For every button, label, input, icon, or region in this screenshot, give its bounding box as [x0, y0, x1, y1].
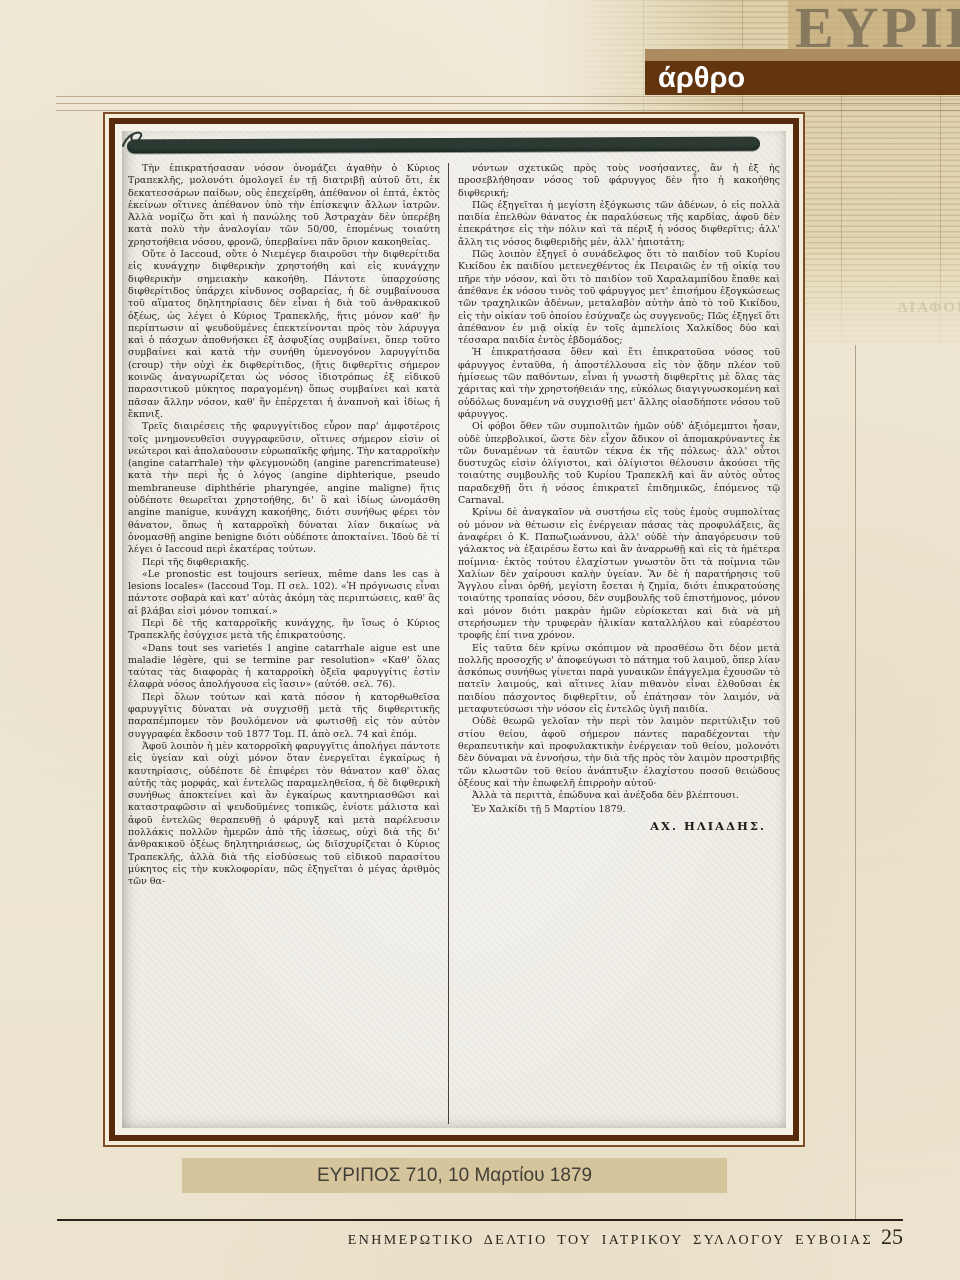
page-footer: ΕΝΗΜΕΡΩΤΙΚΟ ΔΕΛΤΙΟ ΤΟΥ ΙΑΤΡΙΚΟΥ ΣΥΛΛΟΓΟΥ…	[57, 1224, 903, 1250]
scan-paragraph: Ἀφοῦ λοιπὸν ἡ μὲν κατορροϊκὴ φαρυγγῖτις …	[128, 741, 440, 889]
scan-paragraph: Οὔτε ὁ Iaccoud, οὔτε ὁ Νιεμέγερ διαιροῦσ…	[128, 249, 440, 421]
scan-paragraph: Τρεῖς διαιρέσεις τῆς φαρυγγίτιδος εὗρον …	[128, 421, 440, 556]
image-caption-text: ΕΥΡΙΠΟΣ 710, 10 Μαρτίου 1879	[317, 1165, 592, 1187]
background-masthead-block	[788, 0, 960, 49]
scan-column-1: Τὴν ἐπικρατήσασαν νόσον ὀνομάζει ἀγαθὴν …	[128, 163, 448, 1124]
scan-paragraph: Ἡ ἐπικρατήσασα ὅθεν καὶ ἔτι ἐπικρατοῦσα …	[458, 347, 780, 421]
background-column-rule	[855, 345, 856, 1219]
scan-paragraph: Ἀλλὰ τὰ περιττὰ, ἐπώδυνα καὶ ἀνέξοδα δὲν…	[458, 790, 780, 802]
article-scan-frame: Τὴν ἐπικρατήσασαν νόσον ὀνομάζει ἀγαθὴν …	[103, 112, 805, 1147]
scan-paragraph: Οὐδὲ θεωρῶ γελοῖαν τὴν περὶ τὸν λαιμὸν π…	[458, 716, 780, 790]
article-scan: Τὴν ἐπικρατήσασαν νόσον ὀνομάζει ἀγαθὴν …	[122, 131, 786, 1128]
page-number: 25	[881, 1224, 903, 1249]
header-strip	[645, 49, 960, 61]
scan-columns: Τὴν ἐπικρατήσασαν νόσον ὀνομάζει ἀγαθὴν …	[128, 163, 780, 1124]
scan-column-2-text: νόντων σχετικῶς πρὸς τοὺς νοσήσαντες, ἂν…	[458, 163, 780, 802]
scan-column-2: νόντων σχετικῶς πρὸς τοὺς νοσήσαντες, ἂν…	[448, 163, 780, 1124]
scan-paragraph: Πῶς λοιπὸν ἐξηγεῖ ὁ συνάδελφος ὅτι τὸ πα…	[458, 249, 780, 347]
scan-paragraph: Περὶ τῆς διφθεριακῆς.	[128, 557, 440, 569]
footer-title: ΕΝΗΜΕΡΩΤΙΚΟ ΔΕΛΤΙΟ ΤΟΥ ΙΑΤΡΙΚΟΥ ΣΥΛΛΟΓΟΥ…	[348, 1233, 873, 1248]
scan-paragraph: Τὴν ἐπικρατήσασαν νόσον ὀνομάζει ἀγαθὴν …	[128, 163, 440, 249]
scan-paragraph: Εἰς ταῦτα δὲν κρίνω σκόπιμον νὰ προσθέσω…	[458, 643, 780, 717]
scan-paragraph: Κρίνω δὲ ἀναγκαῖον νὰ συστήσω εἰς τοὺς ἐ…	[458, 507, 780, 642]
newsletter-page: ΕΥΡΙΠΟΣ ΔΙΑΦΟΡ άρθρο Τὴν ἐπικρατήσασαν ν…	[0, 0, 960, 1280]
scan-paragraph: νόντων σχετικῶς πρὸς τοὺς νοσήσαντες, ἂν…	[458, 163, 780, 200]
scan-paragraph: Περὶ ὅλων τούτων καὶ κατὰ πόσον ἡ κατορθ…	[128, 692, 440, 741]
background-rule	[56, 110, 960, 111]
scan-paragraph: «Le pronostic est toujours serieux, même…	[128, 569, 440, 618]
section-header-label: άρθρο	[645, 64, 745, 93]
background-rule	[56, 103, 960, 104]
footer-rule	[57, 1219, 903, 1221]
background-rule	[56, 96, 960, 97]
ink-smudge	[127, 137, 760, 154]
background-text-fragment: ΔΙΑΦΟΡ	[898, 300, 960, 317]
scan-paragraph: Πῶς ἐξηγεῖται ἡ μεγίστη ἐξόγκωσις τῶν ἀδ…	[458, 200, 780, 249]
scan-paragraph: Οἱ φόβοι ὅθεν τῶν συμπολιτῶν ἡμῶν οὐδ' ἀ…	[458, 421, 780, 507]
scan-paragraph: Περὶ δὲ τῆς καταρροϊκῆς κυνάγχης, ἣν ἴσω…	[128, 618, 440, 643]
section-header-bar: άρθρο	[645, 61, 960, 95]
scan-paragraph: «Dans tout ses varietés l angine catarrh…	[128, 643, 440, 692]
scan-signature: ΑΧ. ΗΛΙΑΔΗΣ.	[458, 820, 766, 832]
article-scan-frame-inner: Τὴν ἐπικρατήσασαν νόσον ὀνομάζει ἀγαθὴν …	[109, 118, 799, 1141]
image-caption-bar: ΕΥΡΙΠΟΣ 710, 10 Μαρτίου 1879	[182, 1158, 727, 1193]
scan-dateline: Ἐν Χαλκίδι τῇ 5 Μαρτίου 1879.	[458, 804, 780, 816]
